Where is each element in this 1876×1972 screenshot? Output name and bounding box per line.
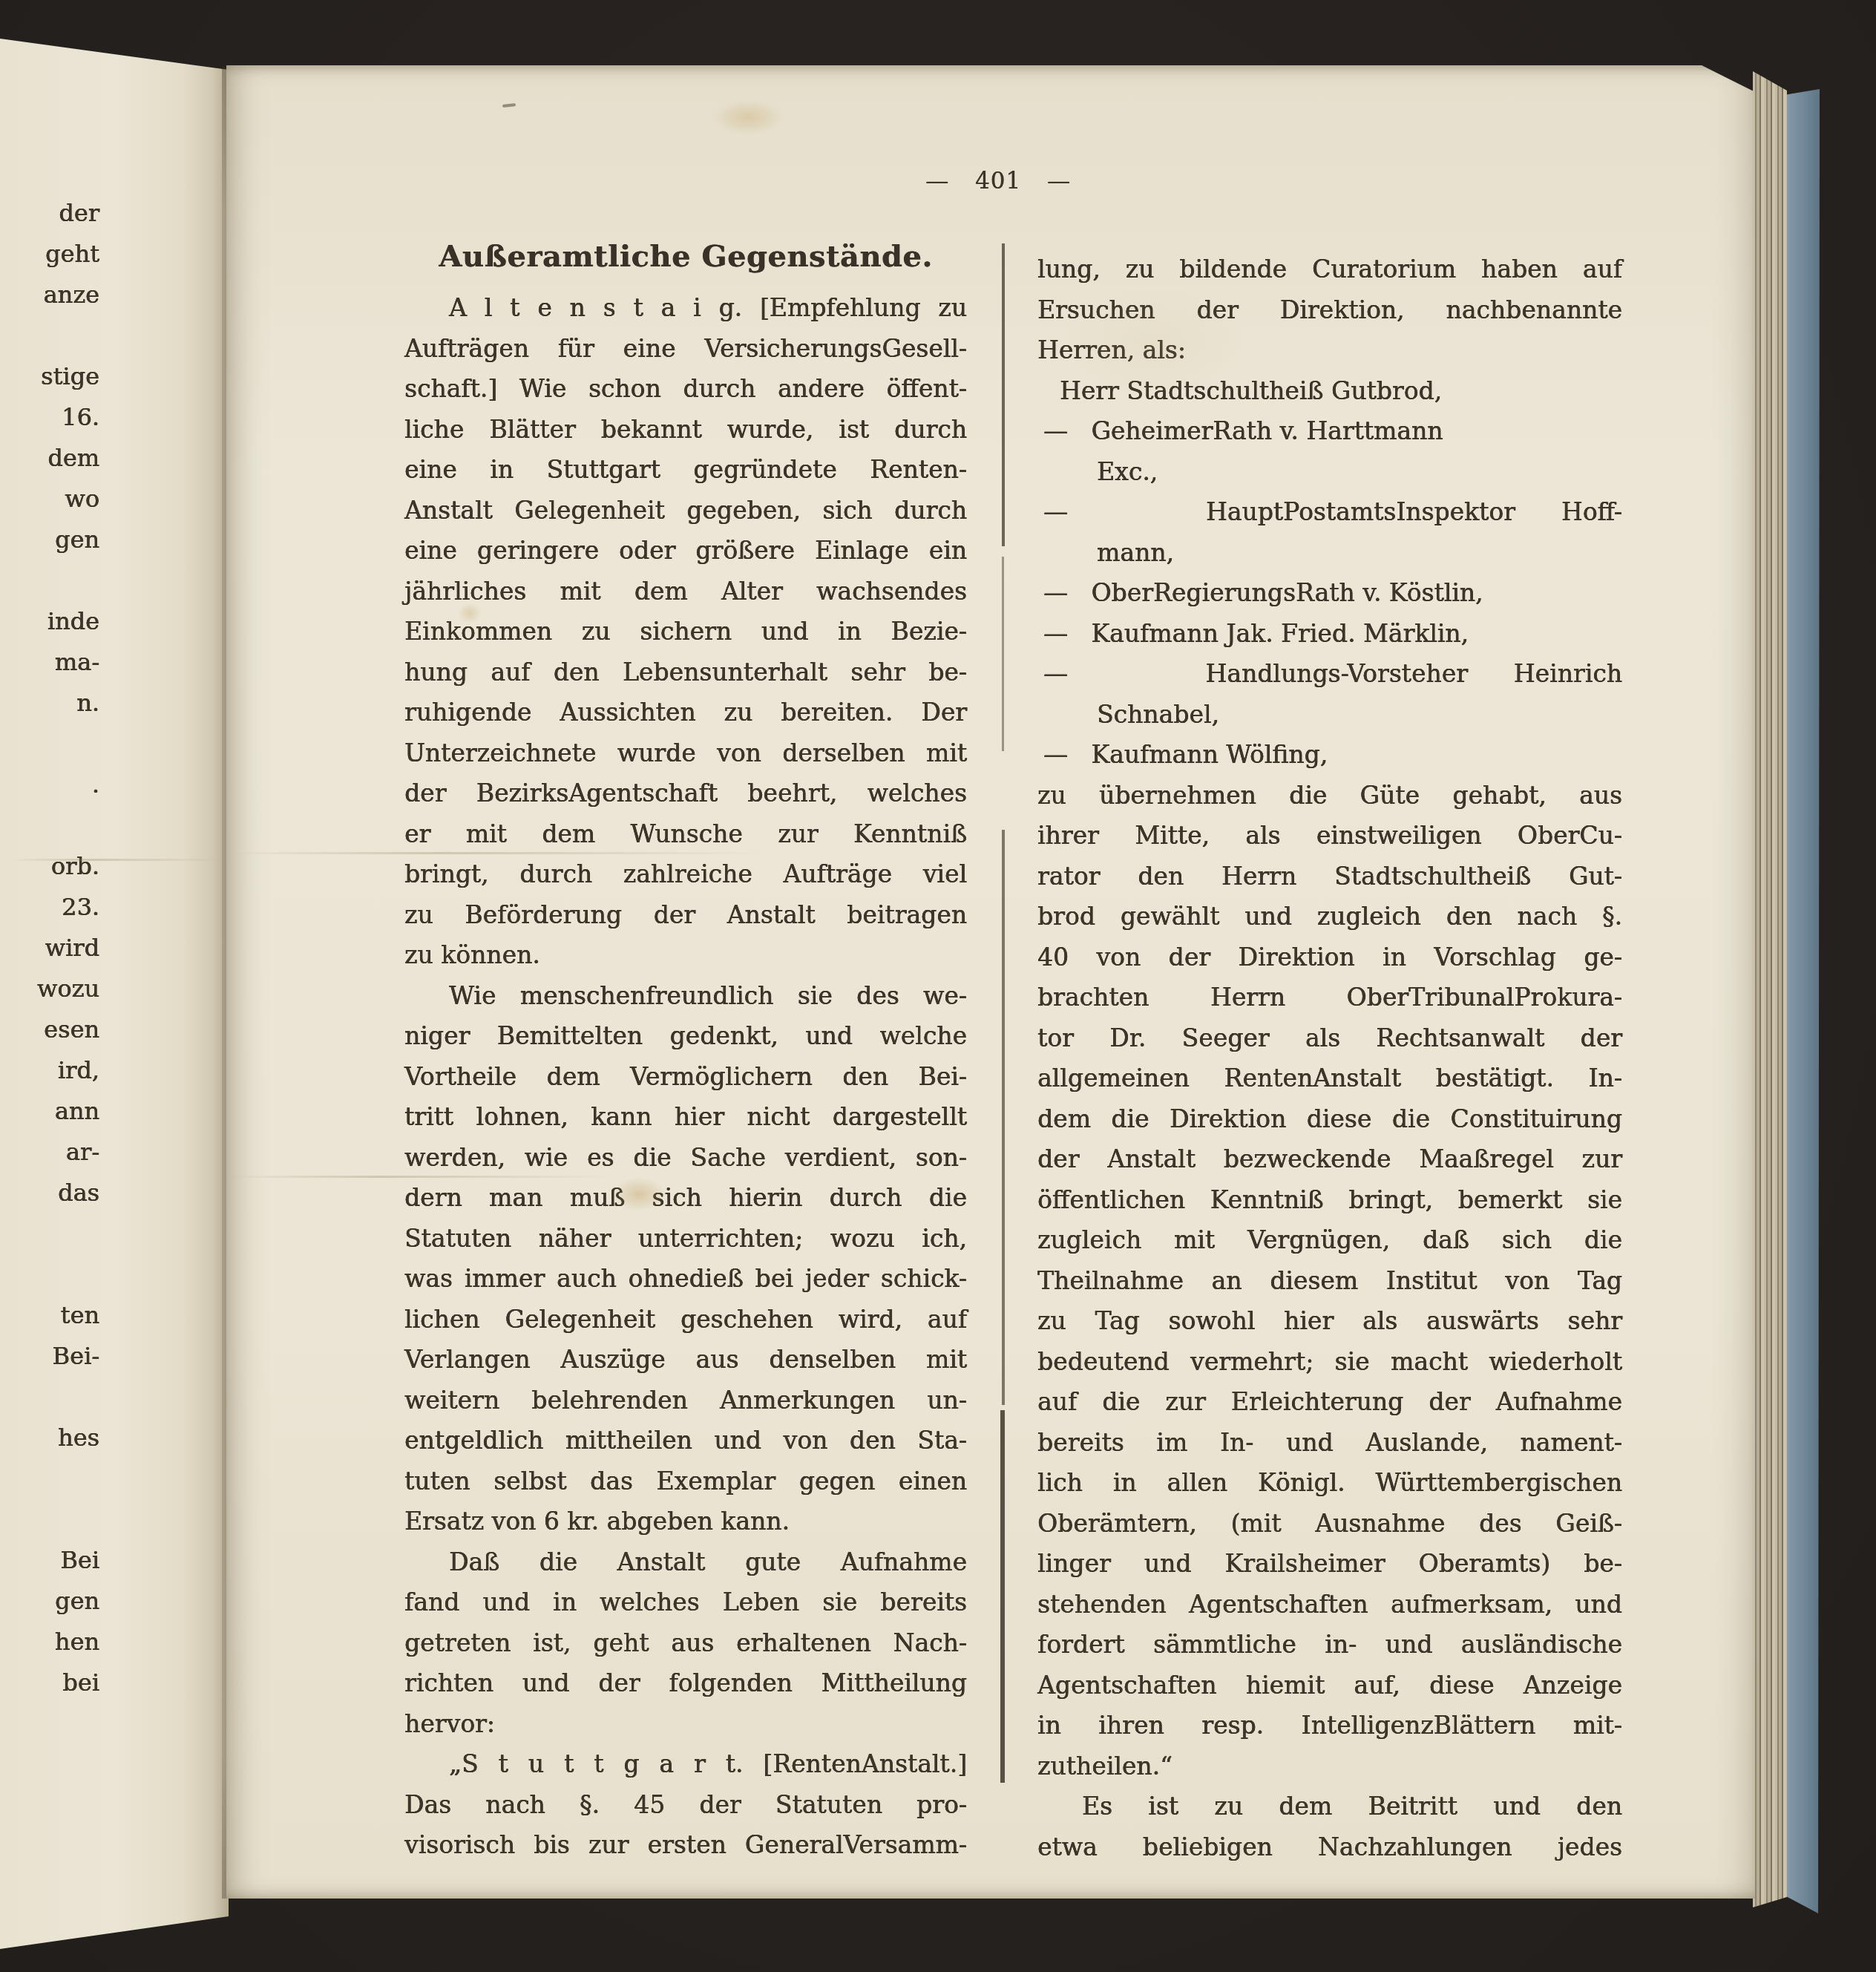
text-line: tuten selbst das Exemplar gegen einen	[404, 1461, 967, 1502]
page-number: — 401 —	[850, 168, 1147, 194]
text-line: Theilnahme an diesem Institut von Tag	[1037, 1261, 1622, 1302]
facing-page-text-fragment: orb.	[0, 846, 99, 887]
facing-page-text-fragment: ar-	[0, 1132, 99, 1173]
gutter-fold-shadow	[222, 67, 227, 1899]
facing-page-text-fragment: gen	[0, 520, 99, 560]
text-line: Vortheile dem Vermöglichern den Bei-	[404, 1057, 967, 1098]
text-line: visorisch bis zur ersten GeneralVersamm-	[404, 1825, 967, 1866]
text-line: Das nach §. 45 der Statuten pro-	[404, 1785, 967, 1826]
facing-page-strip: dergehtanze stige16.demwogen indema-n. .…	[0, 39, 229, 1949]
book-page-edges	[1753, 71, 1787, 1907]
facing-page-text-fragment: stige	[0, 356, 99, 397]
section-heading: Außeramtliche Gegenstände.	[404, 239, 967, 274]
facing-page-text-fragment	[0, 1499, 99, 1540]
facing-page-text-fragment: .	[0, 764, 99, 805]
text-line: in ihren resp. IntelligenzBlättern mit-	[1037, 1706, 1622, 1746]
text-line: öffentlichen Kenntniß bringt, bemerkt si…	[1037, 1180, 1622, 1221]
text-line: was immer auch ohnedieß bei jeder schick…	[404, 1259, 967, 1300]
text-line: der BezirksAgentschaft beehrt, welches	[404, 773, 967, 814]
text-line: linger und Krailsheimer Oberamts) be-	[1037, 1544, 1622, 1585]
text-line: etwa beliebigen Nachzahlungen jedes	[1037, 1827, 1622, 1868]
facing-page-text-fragment: n.	[0, 683, 99, 724]
column-divider-rule	[1002, 557, 1004, 751]
facing-page-text-fragment	[0, 1458, 99, 1499]
text-line: der Anstalt bezweckende Maaßregel zur	[1037, 1139, 1622, 1180]
column-divider-rule	[1000, 1410, 1005, 1783]
text-line: — OberRegierungsRath v. Köstlin,	[1037, 573, 1622, 614]
text-line: Daß die Anstalt gute Aufnahme	[404, 1542, 967, 1583]
facing-page-text-fragment	[0, 560, 99, 601]
facing-page-text-fragment: der	[0, 193, 99, 234]
text-line: bedeutend vermehrt; sie macht wiederholt	[1037, 1342, 1622, 1383]
column-divider-rule	[1002, 243, 1005, 546]
text-line: — Kaufmann Wölfing,	[1037, 735, 1622, 776]
text-line: — HauptPostamtsInspektor Hoff-	[1037, 492, 1622, 533]
paper-crease	[226, 1176, 612, 1178]
paper-stain	[712, 99, 784, 135]
text-line: bringt, durch zahlreiche Aufträge viel	[404, 854, 967, 895]
text-line: entgeldlich mittheilen und von den Sta-	[404, 1421, 967, 1461]
text-line: hervor:	[404, 1704, 967, 1745]
facing-page-text-fragment: 23.	[0, 887, 99, 928]
text-line: auf die zur Erleichterung der Aufnahme	[1037, 1382, 1622, 1423]
text-line: 40 von der Direktion in Vorschlag ge-	[1037, 937, 1622, 978]
text-line: weitern belehrenden Anmerkungen un-	[404, 1380, 967, 1421]
text-line: Statuten näher unterrichten; wozu ich,	[404, 1219, 967, 1259]
text-line: Ersatz von 6 kr. abgeben kann.	[404, 1501, 967, 1542]
text-line: mann,	[1037, 533, 1622, 574]
text-line: brachten Herrn OberTribunalProkura-	[1037, 977, 1622, 1018]
text-line: ruhigende Aussichten zu bereiten. Der	[404, 692, 967, 733]
text-line: er mit dem Wunsche zur Kenntniß	[404, 814, 967, 855]
text-line: Oberämtern, (mit Ausnahme des Geiß-	[1037, 1504, 1622, 1544]
text-line: zu übernehmen die Güte gehabt, aus	[1037, 776, 1622, 816]
facing-page-text-fragment	[0, 805, 99, 846]
facing-page-text-fragment: anze	[0, 275, 99, 315]
text-line: Es ist zu dem Beitritt und den	[1037, 1786, 1622, 1827]
paper-crease	[226, 852, 761, 854]
text-line: lich in allen Königl. Württembergischen	[1037, 1463, 1622, 1504]
text-line: dern man muß sich hierin durch die	[404, 1178, 967, 1219]
facing-page-text-fragment	[0, 1254, 99, 1295]
text-line: Verlangen Auszüge aus denselben mit	[404, 1340, 967, 1380]
text-line: Wie menschenfreundlich sie des we-	[404, 976, 967, 1017]
facing-page-text-fragment	[0, 1377, 99, 1418]
text-line: zu Beförderung der Anstalt beitragen	[404, 895, 967, 936]
facing-page-text-fragment: geht	[0, 234, 99, 275]
facing-page-text-fragment: hen	[0, 1622, 99, 1663]
text-line: liche Blätter bekannt wurde, ist durch	[404, 410, 967, 451]
text-line: tor Dr. Seeger als Rechtsanwalt der	[1037, 1018, 1622, 1059]
book-cover-edge	[1784, 89, 1820, 1913]
facing-page-text-fragment: ird,	[0, 1050, 99, 1091]
paper-stain	[612, 1177, 666, 1211]
facing-page-text-fragment: 16.	[0, 397, 99, 438]
scanner-background: dergehtanze stige16.demwogen indema-n. .…	[0, 0, 1876, 1972]
text-line: schaft.] Wie schon durch andere öffent-	[404, 369, 967, 410]
paper-stain	[1065, 288, 1243, 399]
text-line: niger Bemittelten gedenkt, und welche	[404, 1016, 967, 1057]
text-line: stehenden Agentschaften aufmerksam, und	[1037, 1585, 1622, 1625]
text-line: brod gewählt und zugleich den nach §.	[1037, 897, 1622, 937]
left-column: A l t e n s t a i g. [Empfehlung zuAuftr…	[404, 288, 967, 1866]
text-line: eine in Stuttgart gegründete Renten-	[404, 450, 967, 491]
text-line: allgemeinen RentenAnstalt bestätigt. In-	[1037, 1058, 1622, 1099]
text-line: werden, wie es die Sache verdient, son-	[404, 1138, 967, 1179]
facing-page-text-fragment: ma-	[0, 642, 99, 683]
facing-page-text-fragment: bei	[0, 1663, 99, 1703]
facing-page-text-fragment: esen	[0, 1009, 99, 1050]
facing-page-text-fragment: wo	[0, 479, 99, 520]
paper-crease	[7, 859, 223, 861]
ink-speck	[502, 103, 516, 108]
facing-page-text-fragment	[0, 1213, 99, 1254]
text-line: Einkommen zu sichern und in Bezie-	[404, 612, 967, 652]
facing-page-text-fragment: hes	[0, 1418, 99, 1458]
column-divider-rule	[1002, 830, 1005, 1405]
text-line: zu Tag sowohl hier als auswärts sehr	[1037, 1301, 1622, 1342]
text-line: Exc.,	[1037, 452, 1622, 493]
text-line: lung, zu bildende Curatorium haben auf	[1037, 249, 1622, 290]
text-line: zugleich mit Vergnügen, daß sich die	[1037, 1220, 1622, 1261]
text-line: — GeheimerRath v. Harttmann	[1037, 411, 1622, 452]
text-line: eine geringere oder größere Einlage ein	[404, 531, 967, 571]
text-line: — Kaufmann Jak. Fried. Märklin,	[1037, 614, 1622, 655]
text-line: rator den Herrn Stadtschultheiß Gut-	[1037, 856, 1622, 897]
text-line: Aufträgen für eine VersicherungsGesell-	[404, 329, 967, 370]
facing-page-text-fragment: Bei	[0, 1540, 99, 1581]
text-line: getreten ist, geht aus erhaltenen Nach-	[404, 1623, 967, 1664]
text-line: Anstalt Gelegenheit gegeben, sich durch	[404, 491, 967, 531]
text-line: dem die Direktion diese die Constituirun…	[1037, 1099, 1622, 1140]
facing-page-text-fragment: inde	[0, 601, 99, 642]
facing-page-text-fragment: wozu	[0, 969, 99, 1009]
text-line: tritt lohnen, kann hier nicht dargestell…	[404, 1097, 967, 1138]
text-line: fand und in welches Leben sie bereits	[404, 1582, 967, 1623]
text-line: bereits im In- und Auslande, nament-	[1037, 1423, 1622, 1464]
facing-page-text-fragment	[0, 315, 99, 356]
facing-page-text-fragment: wird	[0, 928, 99, 969]
facing-page-text-fragment: das	[0, 1173, 99, 1213]
facing-page-text-fragment: gen	[0, 1581, 99, 1622]
text-line: lichen Gelegenheit geschehen wird, auf	[404, 1300, 967, 1340]
text-line: Schnabel,	[1037, 695, 1622, 736]
text-line: Unterzeichnete wurde von derselben mit	[404, 733, 967, 774]
text-line: zu können.	[404, 935, 967, 976]
text-line: ihrer Mitte, als einstweiligen OberCu-	[1037, 816, 1622, 856]
text-line: — Handlungs-Vorsteher Heinrich	[1037, 654, 1622, 695]
text-line: Agentschaften hiemit auf, diese Anzeige	[1037, 1665, 1622, 1706]
text-line: fordert sämmtliche in- und ausländische	[1037, 1625, 1622, 1665]
book-page: — 401 — Außeramtliche Gegenstände. A l t…	[226, 65, 1755, 1899]
facing-page-text-fragments: dergehtanze stige16.demwogen indema-n. .…	[0, 193, 99, 1703]
text-line: jährliches mit dem Alter wachsendes	[404, 571, 967, 612]
facing-page-text-fragment: Bei-	[0, 1336, 99, 1377]
text-line: zutheilen.“	[1037, 1746, 1622, 1787]
text-line: A l t e n s t a i g. [Empfehlung zu	[404, 288, 967, 329]
facing-page-text-fragment: ann	[0, 1091, 99, 1132]
text-line: richten und der folgenden Mittheilung	[404, 1663, 967, 1704]
paper-stain	[458, 603, 482, 623]
text-line: „S t u t t g a r t. [RentenAnstalt.]	[404, 1744, 967, 1785]
text-line: hung auf den Lebensunterhalt sehr be-	[404, 652, 967, 693]
facing-page-text-fragment	[0, 724, 99, 764]
right-column: lung, zu bildende Curatorium haben aufEr…	[1037, 249, 1622, 1867]
facing-page-text-fragment: dem	[0, 438, 99, 479]
facing-page-text-fragment: ten	[0, 1295, 99, 1336]
